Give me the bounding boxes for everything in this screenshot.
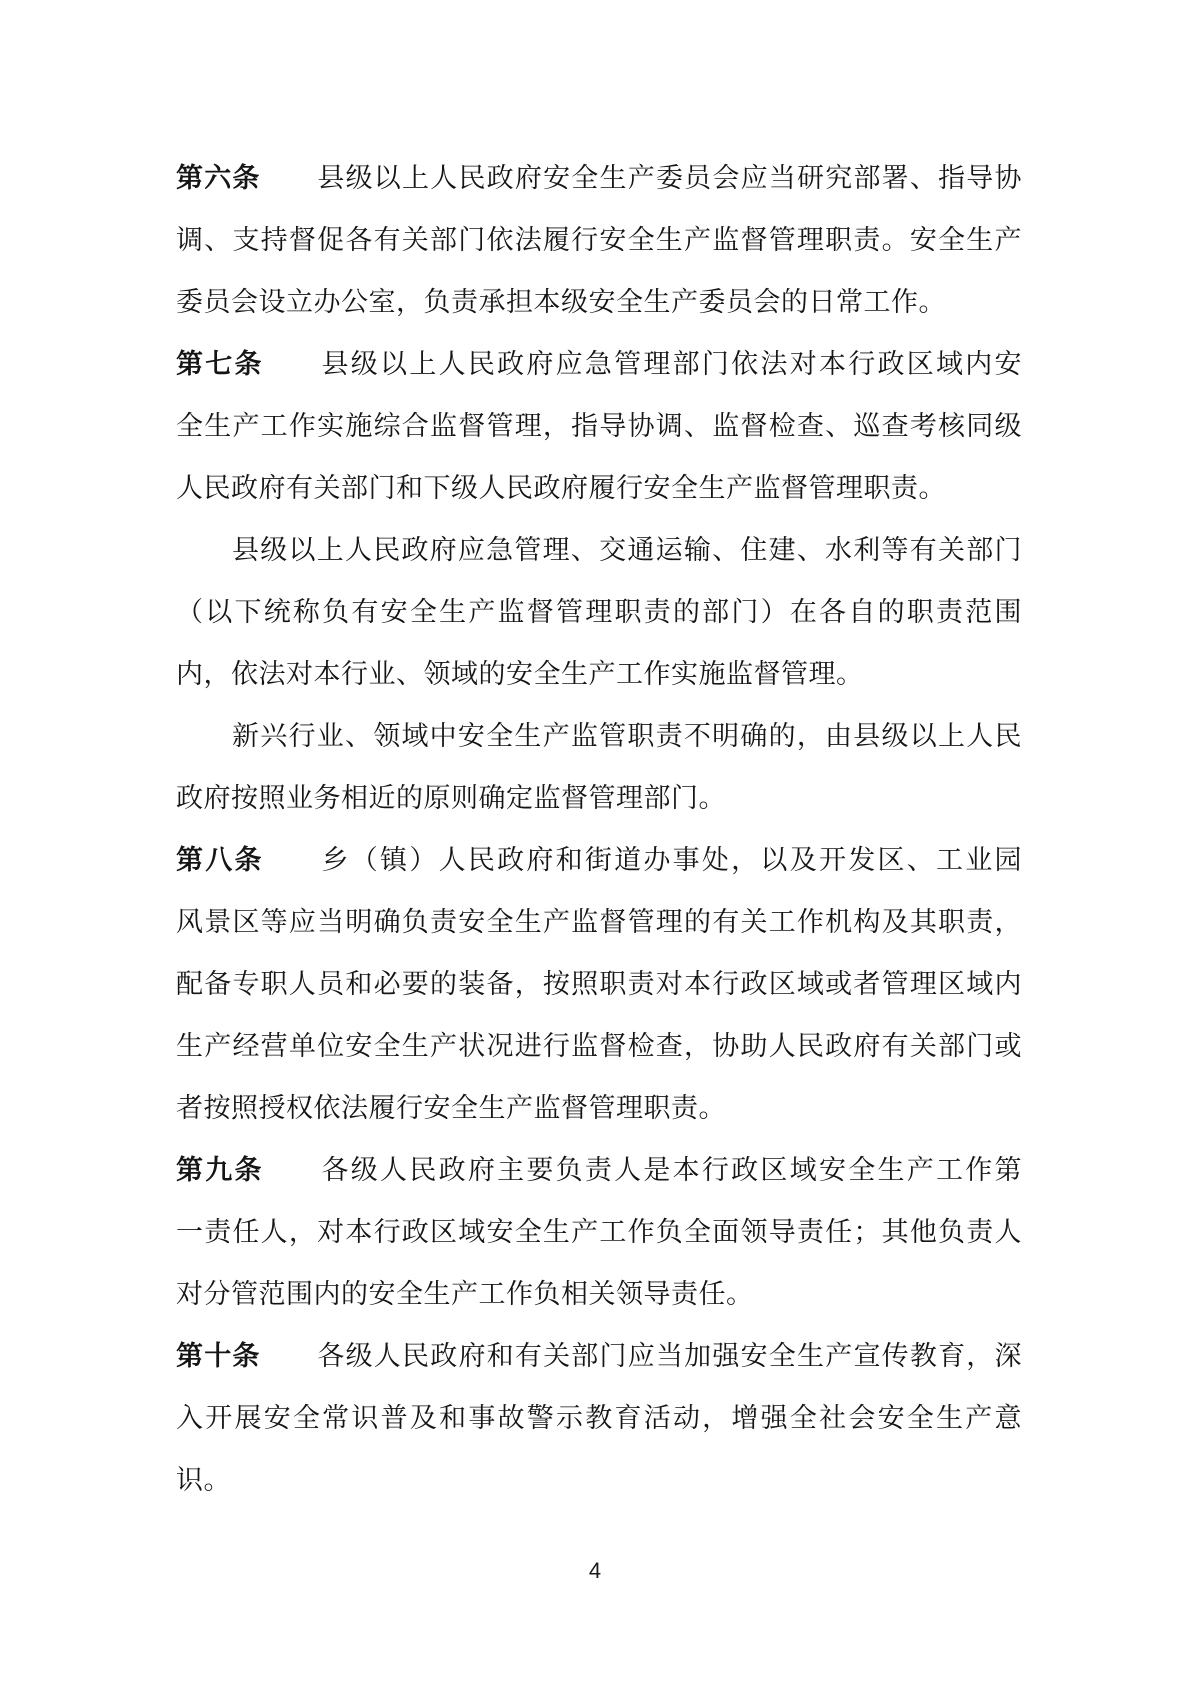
- body-line: 政府按照业务相近的原则确定监督管理部门。: [176, 767, 1022, 829]
- line-text: 识。: [176, 1465, 231, 1495]
- line-text: 各级人民政府和有关部门应当加强安全生产宣传教育，深: [317, 1341, 1022, 1371]
- line-text: 调、支持督促各有关部门依法履行安全生产监督管理职责。安全生产: [176, 225, 1022, 255]
- article-label-gap: [264, 868, 320, 869]
- body-line: 一责任人，对本行政区域安全生产工作负全面领导责任；其他负责人: [176, 1201, 1022, 1263]
- body-line: 风景区等应当明确负责安全生产监督管理的有关工作机构及其职责，: [176, 891, 1022, 953]
- document-page: 第六条县级以上人民政府安全生产委员会应当研究部署、指导协调、支持督促各有关部门依…: [0, 0, 1190, 1683]
- body-line: 县级以上人民政府应急管理、交通运输、住建、水利等有关部门: [176, 519, 1022, 581]
- line-text: 县级以上人民政府应急管理、交通运输、住建、水利等有关部门: [232, 535, 1022, 565]
- body-line: 新兴行业、领域中安全生产监管职责不明确的，由县级以上人民: [176, 705, 1022, 767]
- article-line: 第六条县级以上人民政府安全生产委员会应当研究部署、指导协: [176, 147, 1022, 209]
- article-number-label: 第九条: [176, 1155, 264, 1185]
- line-text: 生产经营单位安全生产状况进行监督检查，协助人民政府有关部门或: [176, 1031, 1022, 1061]
- line-text: 县级以上人民政府安全生产委员会应当研究部署、指导协: [317, 163, 1022, 193]
- body-line: （以下统称负有安全生产监督管理职责的部门）在各自的职责范围: [176, 581, 1022, 643]
- article-label-gap: [264, 372, 320, 373]
- body-line: 对分管范围内的安全生产工作负相关领导责任。: [176, 1263, 1022, 1325]
- line-text: 内，依法对本行业、领域的安全生产工作实施监督管理。: [176, 659, 864, 689]
- body-line: 调、支持督促各有关部门依法履行安全生产监督管理职责。安全生产: [176, 209, 1022, 271]
- article-number-label: 第六条: [176, 163, 261, 193]
- article-line: 第九条各级人民政府主要负责人是本行政区域安全生产工作第: [176, 1139, 1022, 1201]
- line-text: 者按照授权依法履行安全生产监督管理职责。: [176, 1093, 726, 1123]
- article-line: 第十条各级人民政府和有关部门应当加强安全生产宣传教育，深: [176, 1325, 1022, 1387]
- body-line: 人民政府有关部门和下级人民政府履行安全生产监督管理职责。: [176, 457, 1022, 519]
- body-line: 配备专职人员和必要的装备，按照职责对本行政区域或者管理区域内: [176, 953, 1022, 1015]
- article-number-label: 第十条: [176, 1341, 261, 1371]
- line-text: 各级人民政府主要负责人是本行政区域安全生产工作第: [320, 1155, 1022, 1185]
- body-line: 委员会设立办公室，负责承担本级安全生产委员会的日常工作。: [176, 271, 1022, 333]
- line-text: 入开展安全常识普及和事故警示教育活动，增强全社会安全生产意: [176, 1403, 1022, 1433]
- line-text: 人民政府有关部门和下级人民政府履行安全生产监督管理职责。: [176, 473, 946, 503]
- body-line: 入开展安全常识普及和事故警示教育活动，增强全社会安全生产意: [176, 1387, 1022, 1449]
- body-line: 全生产工作实施综合监督管理，指导协调、监督检查、巡查考核同级: [176, 395, 1022, 457]
- body-line: 生产经营单位安全生产状况进行监督检查，协助人民政府有关部门或: [176, 1015, 1022, 1077]
- line-text: 委员会设立办公室，负责承担本级安全生产委员会的日常工作。: [176, 287, 946, 317]
- article-line: 第七条县级以上人民政府应急管理部门依法对本行政区域内安: [176, 333, 1022, 395]
- line-text: 政府按照业务相近的原则确定监督管理部门。: [176, 783, 726, 813]
- article-label-gap: [264, 1178, 320, 1179]
- body-line: 识。: [176, 1449, 1022, 1511]
- body-line: 内，依法对本行业、领域的安全生产工作实施监督管理。: [176, 643, 1022, 705]
- page-number: 4: [0, 1556, 1190, 1586]
- article-number-label: 第八条: [176, 845, 264, 875]
- article-number-label: 第七条: [176, 349, 264, 379]
- article-label-gap: [261, 186, 317, 187]
- document-body: 第六条县级以上人民政府安全生产委员会应当研究部署、指导协调、支持督促各有关部门依…: [176, 147, 1022, 1511]
- line-text: （以下统称负有安全生产监督管理职责的部门）在各自的职责范围: [176, 597, 1022, 627]
- line-text: 新兴行业、领域中安全生产监管职责不明确的，由县级以上人民: [232, 721, 1022, 751]
- body-line: 者按照授权依法履行安全生产监督管理职责。: [176, 1077, 1022, 1139]
- line-text: 风景区等应当明确负责安全生产监督管理的有关工作机构及其职责，: [176, 907, 1022, 937]
- line-text: 全生产工作实施综合监督管理，指导协调、监督检查、巡查考核同级: [176, 411, 1022, 441]
- line-text: 配备专职人员和必要的装备，按照职责对本行政区域或者管理区域内: [176, 969, 1022, 999]
- article-label-gap: [261, 1364, 317, 1365]
- line-text: 对分管范围内的安全生产工作负相关领导责任。: [176, 1279, 754, 1309]
- line-text: 县级以上人民政府应急管理部门依法对本行政区域内安: [320, 349, 1022, 379]
- line-text: 一责任人，对本行政区域安全生产工作负全面领导责任；其他负责人: [176, 1217, 1022, 1247]
- article-line: 第八条乡（镇）人民政府和街道办事处，以及开发区、工业园区、: [176, 829, 1022, 891]
